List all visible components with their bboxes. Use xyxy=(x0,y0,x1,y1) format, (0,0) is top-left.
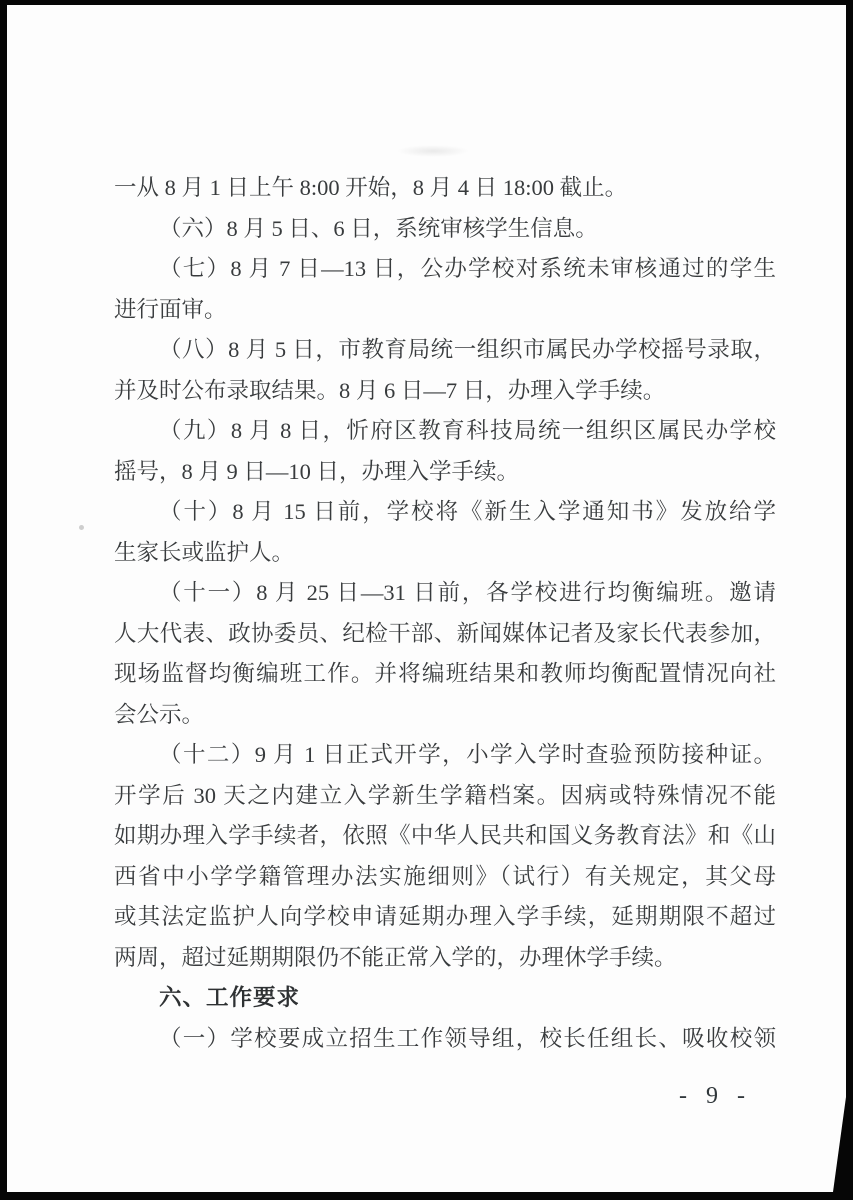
scan-speck xyxy=(79,525,84,530)
text-line: 摇号，8 月 9 日—10 日，办理入学手续。 xyxy=(114,452,776,493)
page-number: - 9 - xyxy=(679,1082,750,1110)
text-line: （七）8 月 7 日—13 日，公办学校对系统未审核通过的学生 xyxy=(114,249,776,290)
text-line: （十）8 月 15 日前，学校将《新生入学通知书》发放给学 xyxy=(114,492,776,533)
text-line: 并及时公布录取结果。8 月 6 日—7 日，办理入学手续。 xyxy=(114,371,776,412)
text-line: （九）8 月 8 日，忻府区教育科技局统一组织区属民办学校 xyxy=(114,411,776,452)
scan-background: { "colors": { "paper": "#fdfdfd", "ink":… xyxy=(0,0,853,1200)
text-line: 或其法定监护人向学校申请延期办理入学手续，延期期限不超过 xyxy=(114,897,776,938)
section-heading: 六、工作要求 xyxy=(114,978,776,1019)
text-line: 开学后 30 天之内建立入学新生学籍档案。因病或特殊情况不能 xyxy=(114,776,776,817)
document-body: 一从 8 月 1 日上午 8:00 开始，8 月 4 日 18:00 截止。（六… xyxy=(114,168,776,1059)
text-line: 会公示。 xyxy=(114,695,776,736)
text-line: （一）学校要成立招生工作领导组，校长任组长、吸收校领 xyxy=(114,1019,776,1060)
text-line: 西省中小学学籍管理办法实施细则》（试行）有关规定，其父母 xyxy=(114,857,776,898)
scan-border-flare xyxy=(833,1097,846,1192)
text-line: 进行面审。 xyxy=(114,290,776,331)
text-line: （十二）9 月 1 日正式开学，小学入学时查验预防接种证。 xyxy=(114,735,776,776)
text-line: 人大代表、政协委员、纪检干部、新闻媒体记者及家长代表参加， xyxy=(114,614,776,655)
text-line: 现场监督均衡编班工作。并将编班结果和教师均衡配置情况向社 xyxy=(114,654,776,695)
scan-smudge xyxy=(397,145,469,157)
text-line: （十一）8 月 25 日—31 日前，各学校进行均衡编班。邀请 xyxy=(114,573,776,614)
text-line: 生家长或监护人。 xyxy=(114,533,776,574)
text-line: 一从 8 月 1 日上午 8:00 开始，8 月 4 日 18:00 截止。 xyxy=(114,168,776,209)
text-line: （八）8 月 5 日，市教育局统一组织市属民办学校摇号录取， xyxy=(114,330,776,371)
document-page: 一从 8 月 1 日上午 8:00 开始，8 月 4 日 18:00 截止。（六… xyxy=(7,5,846,1192)
text-line: （六）8 月 5 日、6 日，系统审核学生信息。 xyxy=(114,209,776,250)
text-line: 两周，超过延期期限仍不能正常入学的，办理休学手续。 xyxy=(114,938,776,979)
text-line: 如期办理入学手续者，依照《中华人民共和国义务教育法》和《山 xyxy=(114,816,776,857)
